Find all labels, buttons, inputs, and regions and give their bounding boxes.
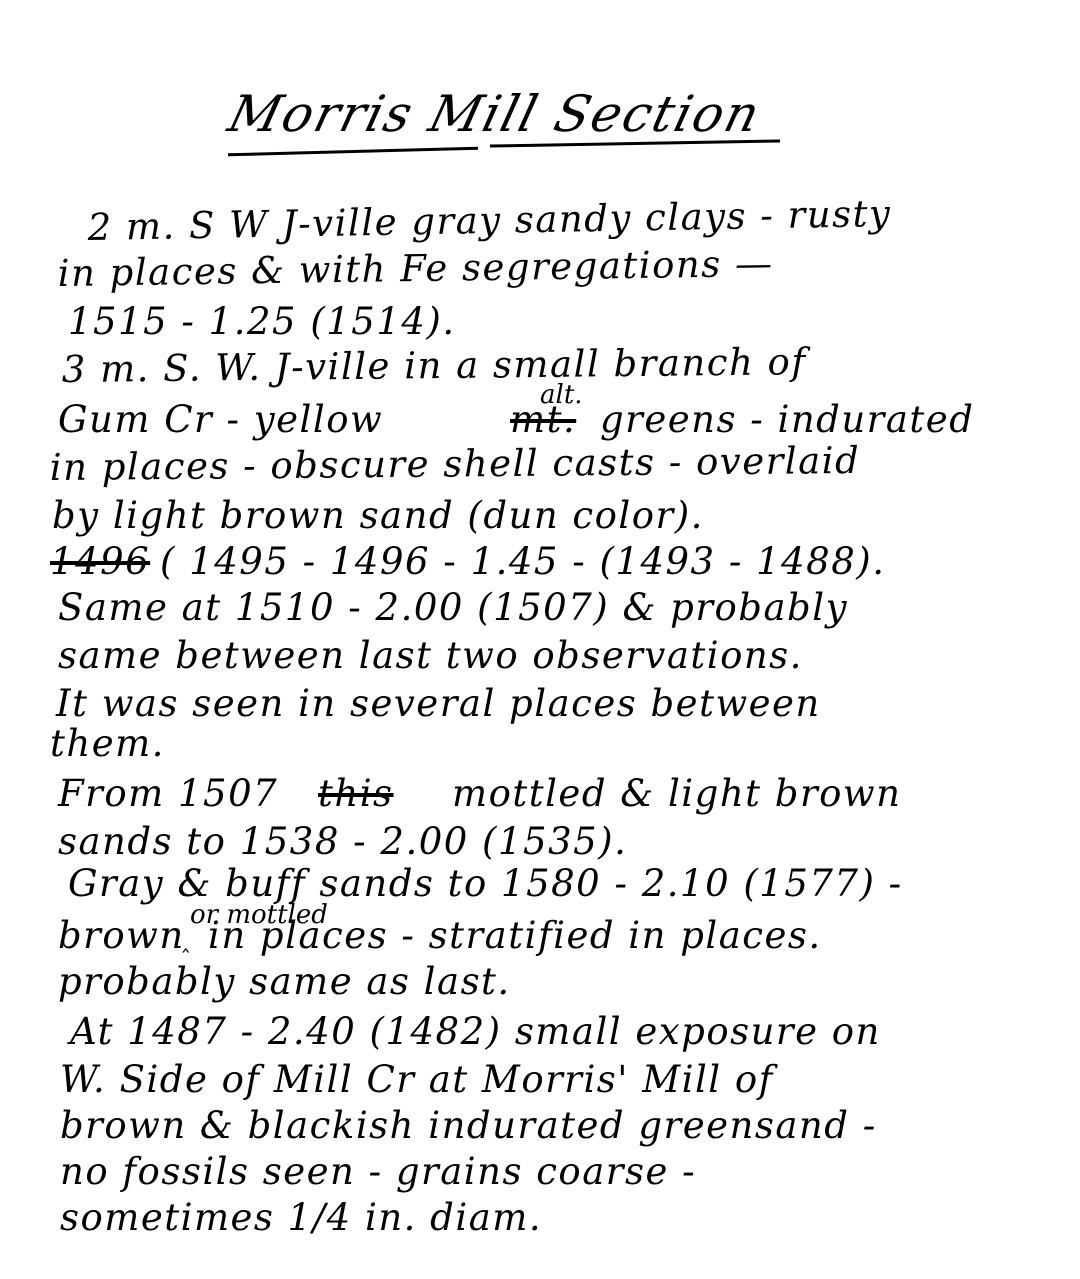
text-line-17: probably same as last. <box>58 960 511 1004</box>
manuscript-page: Morris Mill Section 2 m. S W J-ville gra… <box>0 0 1080 1279</box>
text-line-2: in places & with Fe segregations — <box>57 242 773 296</box>
text-line-5a: Gum Cr - yellow <box>58 398 383 442</box>
text-line-16b: in places - stratified in places. <box>208 914 822 958</box>
text-line-4: 3 m. S. W. J-ville in a small branch of <box>62 340 807 392</box>
text-line-22: sometimes 1/4 in. diam. <box>60 1196 542 1240</box>
struck-number-1496: 1496 <box>50 540 150 584</box>
struck-word-this: this <box>318 772 394 816</box>
text-line-12: them. <box>50 722 165 766</box>
text-line-5b: greens - indurated <box>600 398 974 442</box>
struck-word-mt: mt. <box>510 398 576 442</box>
text-line-21: no fossils seen - grains coarse - <box>60 1150 696 1194</box>
text-line-9: Same at 1510 - 2.00 (1507) & probably <box>58 586 848 630</box>
title-underline <box>228 147 478 157</box>
text-line-13b: mottled & light brown <box>452 772 901 816</box>
page-title: Morris Mill Section <box>193 84 798 144</box>
text-line-18: At 1487 - 2.40 (1482) small exposure on <box>70 1010 881 1054</box>
text-line-16a: brown <box>58 914 185 958</box>
text-line-13a: From 1507 <box>58 772 278 816</box>
text-line-20: brown & blackish indurated greensand - <box>60 1104 877 1148</box>
text-line-8: ( 1495 - 1496 - 1.45 - (1493 - 1488). <box>160 540 885 584</box>
text-line-11: It was seen in several places between <box>56 682 821 726</box>
text-line-14: sands to 1538 - 2.00 (1535). <box>58 820 627 864</box>
text-line-3: 1515 - 1.25 (1514). <box>68 300 456 344</box>
text-line-6: in places - obscure shell casts - overla… <box>50 439 861 490</box>
text-line-7: by light brown sand (dun color). <box>52 494 704 538</box>
text-line-19: W. Side of Mill Cr at Morris' Mill of <box>60 1058 774 1102</box>
text-line-10: same between last two observations. <box>58 634 803 678</box>
